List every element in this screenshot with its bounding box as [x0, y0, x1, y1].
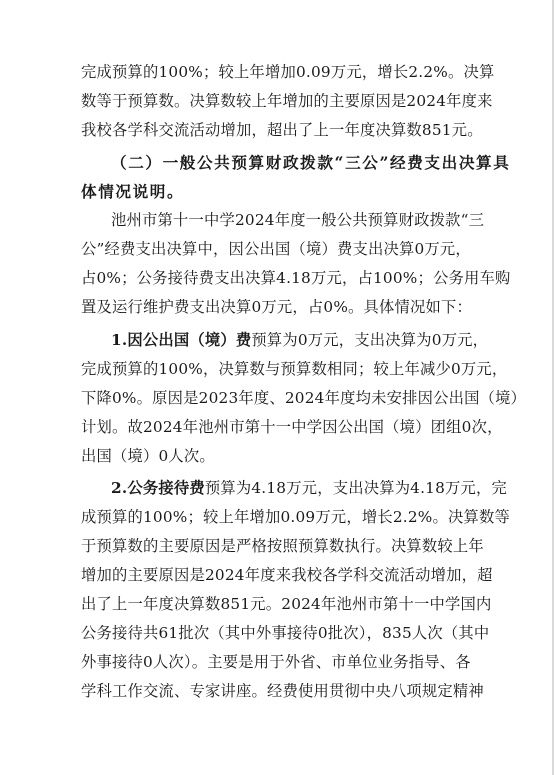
section-heading-cont: 体情况说明。 [81, 178, 441, 207]
item2-text: 预算为4.18万元，支出决算为4.18万元，完 [205, 479, 507, 497]
item2-line: 增加的主要原因是2024年度来我校各学科交流活动增加，超 [81, 561, 441, 590]
summary-line: 公”经费支出决算中，因公出国（境）费支出决算0万元， [81, 235, 441, 264]
item2-line: 成预算的100%；较上年增加0.09万元，增长2.2%。决算数等 [81, 503, 441, 532]
summary-line: 池州市第十一中学2024年度一般公共预算财政拨款“三 [81, 206, 441, 235]
item1-line: 计划。故2024年池州市第十一中学因公出国（境）团组0次， [81, 413, 441, 442]
item2-line: 外事接待0人次）。主要是用于外省、市单位业务指导、各 [81, 648, 441, 677]
document-page: 完成预算的100%；较上年增加0.09万元，增长2.2%。决算 数等于预算数。决… [81, 58, 441, 706]
item1-title: 1.因公出国（境）费 [111, 331, 251, 349]
paragraph-line: 数等于预算数。决算数较上年增加的主要原因是2024年度来 [81, 87, 441, 116]
item1-line: 出国（境）0人次。 [81, 442, 441, 471]
item2-line: 公务接待共61批次（其中外事接待0批次），835人次（其中 [81, 619, 441, 648]
item2-line: 出了上一年度决算数851元。2024年池州市第十一中学国内 [81, 590, 441, 619]
summary-line: 占0%；公务接待费支出决算4.18万元，占100%；公务用车购 [81, 264, 441, 293]
item1-text: 预算为0万元，支出决算为0万元， [251, 331, 488, 349]
item2-title: 2.公务接待费 [111, 479, 205, 497]
item2-first-line: 2.公务接待费预算为4.18万元，支出决算为4.18万元，完 [81, 474, 441, 503]
paragraph-line: 完成预算的100%；较上年增加0.09万元，增长2.2%。决算 [81, 58, 441, 87]
item1-line: 下降0%。原因是2023年度、2024年度均未安排因公出国（境） [81, 384, 441, 413]
summary-line: 置及运行维护费支出决算0万元，占0%。具体情况如下： [81, 293, 441, 322]
section-heading: （二）一般公共预算财政拨款“三公”经费支出决算具 [81, 149, 441, 178]
item1-line: 完成预算的100%，决算数与预算数相同；较上年减少0万元， [81, 355, 441, 384]
item2-line: 学科工作交流、专家讲座。经费使用贯彻中央八项规定精神 [81, 677, 441, 706]
paragraph-line: 我校各学科交流活动增加，超出了上一年度决算数851元。 [81, 116, 441, 145]
item2-line: 于预算数的主要原因是严格按照预算数执行。决算数较上年 [81, 532, 441, 561]
item1-first-line: 1.因公出国（境）费预算为0万元，支出决算为0万元， [81, 326, 441, 355]
